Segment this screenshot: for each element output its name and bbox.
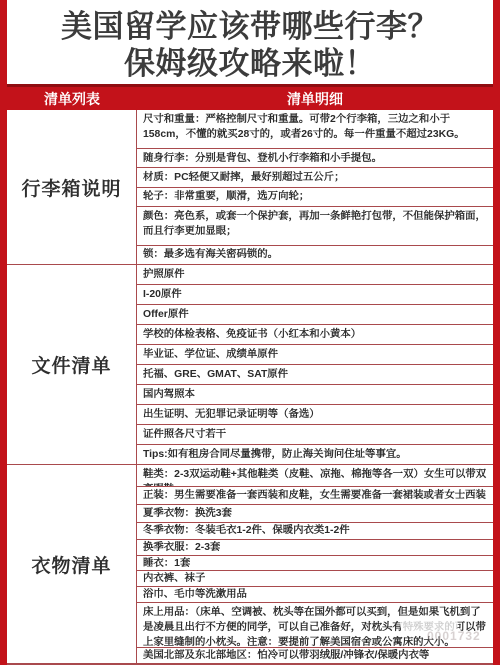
header-cell-detail: 清单明细	[137, 87, 493, 110]
detail-row: I-20原件	[137, 285, 493, 305]
detail-row-text: 护照原件	[143, 267, 185, 282]
detail-row-text: Offer原件	[143, 307, 189, 322]
detail-row: 护照原件	[137, 265, 493, 285]
detail-row-text: 国内驾照本	[143, 387, 195, 402]
detail-row: 尺寸和重量：严格控制尺寸和重量。可带2个行李箱，三边之和小于158cm，不懂的就…	[137, 110, 493, 149]
detail-row: 托福、GRE、GMAT、SAT原件	[137, 365, 493, 385]
detail-row-text: 托福、GRE、GMAT、SAT原件	[143, 367, 288, 382]
section-label: 行李箱说明	[7, 110, 137, 264]
header-cell-list: 清单列表	[7, 87, 137, 110]
detail-row-text: 尺寸和重量：严格控制尺寸和重量。可带2个行李箱，三边之和小于158cm，不懂的就…	[143, 112, 490, 142]
detail-row: 材质：PC轻便又耐摔，最好别超过五公斤；	[137, 168, 493, 187]
detail-row-text: 毕业证、学位证、成绩单原件	[143, 347, 278, 362]
page-title-line-2: 保姆级攻略来啦！	[124, 45, 376, 82]
detail-row: 浴巾、毛巾等洗漱用品	[137, 587, 493, 603]
detail-row: 内衣裤、袜子	[137, 571, 493, 587]
detail-rows: 护照原件I-20原件Offer原件学校的体检表格、免疫证书（小红本和小黄本）毕业…	[137, 265, 493, 464]
detail-row-text: 锁：最多选有海关密码锁的。	[143, 247, 278, 262]
detail-row: Offer原件	[137, 305, 493, 325]
checklist-table: 行李箱说明尺寸和重量：严格控制尺寸和重量。可带2个行李箱，三边之和小于158cm…	[7, 110, 493, 665]
section-label: 衣物清单	[7, 465, 137, 663]
detail-row: Tips:如有租房合同尽量携带，防止海关询问住址等事宜。	[137, 445, 493, 464]
table-header-row: 清单列表 清单明细	[7, 84, 493, 110]
detail-row-text: 美国北部及东北部地区：怕冷可以带羽绒服/冲锋衣/保暖内衣等	[143, 648, 429, 663]
detail-row: 锁：最多选有海关密码锁的。	[137, 246, 493, 264]
watermark: 0001732	[427, 629, 481, 643]
detail-row-text: 材质：PC轻便又耐摔，最好别超过五公斤；	[143, 170, 344, 185]
detail-row-text: 睡衣：1套	[143, 556, 190, 571]
detail-row: 换季衣服：2-3套	[137, 540, 493, 556]
infographic-page: 美国留学应该带哪些行李？ 保姆级攻略来啦！ 清单列表 清单明细 行李箱说明尺寸和…	[0, 0, 500, 665]
detail-row-text: 随身行李：分别是背包、登机小行李箱和小手提包。	[143, 151, 382, 166]
detail-row-text: 颜色：亮色系，或套一个保护套，再加一条鲜艳打包带，不但能保护箱面，而且行李更加显…	[143, 209, 490, 239]
detail-row: 颜色：亮色系，或套一个保护套，再加一条鲜艳打包带，不但能保护箱面，而且行李更加显…	[137, 207, 493, 246]
detail-row: 国内驾照本	[137, 385, 493, 405]
page-title-line-1: 美国留学应该带哪些行李？	[61, 8, 439, 45]
detail-row-text: 浴巾、毛巾等洗漱用品	[143, 587, 247, 602]
detail-row: 正装：男生需要准备一套西装和皮鞋，女生需要准备一套裙装或者女士西装	[137, 487, 493, 505]
detail-row-text: 鞋类：2-3双运动鞋+其他鞋类（皮鞋、凉拖、棉拖等各一双）女生可以带双高跟鞋	[143, 467, 490, 487]
detail-row-text: 出生证明、无犯罪记录证明等（备选）	[143, 407, 320, 422]
detail-row-text: 内衣裤、袜子	[143, 571, 205, 586]
detail-row-text: 夏季衣物：换洗3套	[143, 506, 232, 521]
detail-row: 证件照各尺寸若干	[137, 425, 493, 445]
section-3: 衣物清单鞋类：2-3双运动鞋+其他鞋类（皮鞋、凉拖、棉拖等各一双）女生可以带双高…	[7, 465, 493, 665]
detail-row: 学校的体检表格、免疫证书（小红本和小黄本）	[137, 325, 493, 345]
section-label: 文件清单	[7, 265, 137, 464]
detail-row-text: Tips:如有租房合同尽量携带，防止海关询问住址等事宜。	[143, 447, 407, 462]
detail-row-text: 冬季衣物：冬装毛衣1-2件、保暖内衣类1-2件	[143, 523, 350, 538]
section-2: 文件清单护照原件I-20原件Offer原件学校的体检表格、免疫证书（小红本和小黄…	[7, 265, 493, 465]
detail-row-text: 正装：男生需要准备一套西装和皮鞋，女生需要准备一套裙装或者女士西装	[143, 488, 486, 503]
detail-row-text: 换季衣服：2-3套	[143, 540, 220, 555]
detail-row-text: 证件照各尺寸若干	[143, 427, 226, 442]
title-block: 美国留学应该带哪些行李？ 保姆级攻略来啦！	[7, 0, 493, 84]
detail-row: 美国北部及东北部地区：怕冷可以带羽绒服/冲锋衣/保暖内衣等	[137, 648, 493, 664]
detail-row: 睡衣：1套	[137, 556, 493, 572]
detail-row: 随身行李：分别是背包、登机小行李箱和小手提包。	[137, 149, 493, 168]
detail-row: 鞋类：2-3双运动鞋+其他鞋类（皮鞋、凉拖、棉拖等各一双）女生可以带双高跟鞋	[137, 465, 493, 487]
detail-row: 冬季衣物：冬装毛衣1-2件、保暖内衣类1-2件	[137, 523, 493, 540]
detail-rows: 尺寸和重量：严格控制尺寸和重量。可带2个行李箱，三边之和小于158cm，不懂的就…	[137, 110, 493, 264]
detail-row: 夏季衣物：换洗3套	[137, 505, 493, 522]
detail-row-text: 学校的体检表格、免疫证书（小红本和小黄本）	[143, 327, 361, 342]
detail-row: 轮子：非常重要，顺滑，选万向轮；	[137, 188, 493, 207]
detail-row-text: 轮子：非常重要，顺滑，选万向轮；	[143, 189, 309, 204]
detail-row: 出生证明、无犯罪记录证明等（备选）	[137, 405, 493, 425]
detail-row-text: I-20原件	[143, 287, 182, 302]
section-1: 行李箱说明尺寸和重量：严格控制尺寸和重量。可带2个行李箱，三边之和小于158cm…	[7, 110, 493, 265]
detail-row: 毕业证、学位证、成绩单原件	[137, 345, 493, 365]
